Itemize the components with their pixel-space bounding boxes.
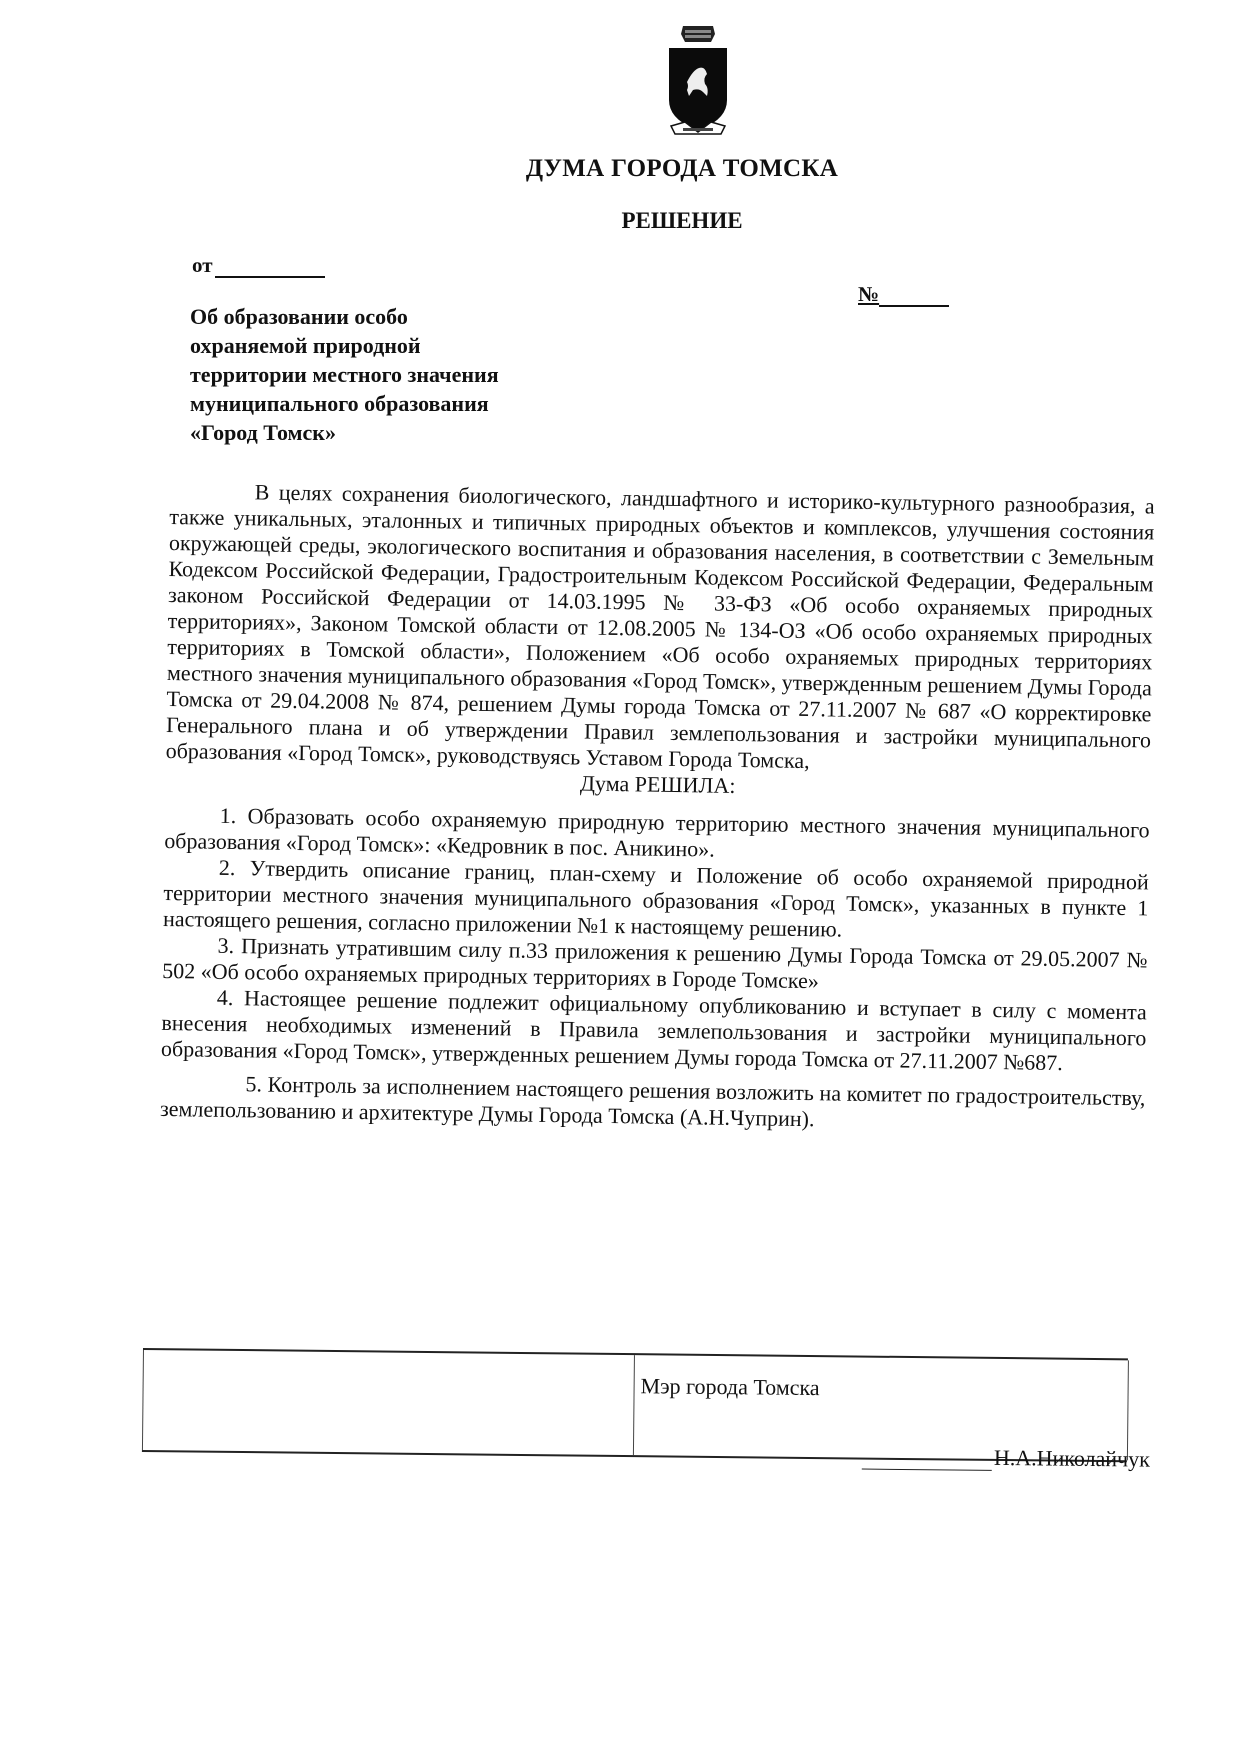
organization-title: ДУМА ГОРОДА ТОМСКА [0,155,1244,183]
subject-line: территории местного значения [190,360,570,389]
signature-cell: Мэр города Томска Н.А.Николайчук [632,1355,1129,1460]
date-field: от [192,253,325,278]
document-subject: Об образовании особо охраняемой природно… [190,302,570,447]
date-blank [215,276,325,278]
signatory-name-line: Н.А.Николайчук [862,1444,1150,1473]
signature-empty-cell [142,1350,635,1455]
decision-item-5: 5. Контроль за исполнением настоящего ре… [160,1070,1146,1137]
number-field: № [858,282,949,307]
tomsk-coat-of-arms-icon [665,22,731,142]
number-blank [879,305,949,307]
subject-line: Об образовании особо [190,302,570,331]
number-label: № [858,282,879,306]
decision-item-4: 4. Настоящее решение подлежит официально… [161,984,1147,1077]
document-type: РЕШЕНИЕ [0,208,1244,234]
date-label: от [192,253,213,277]
document-body: В целях сохранения биологического, ландш… [160,478,1155,1137]
subject-line: муниципального образования [190,389,570,418]
signatory-name: Н.А.Николайчук [994,1445,1150,1472]
signature-table: Мэр города Томска Н.А.Николайчук [142,1348,1128,1462]
signature-blank [862,1469,992,1471]
subject-line: «Город Томск» [190,418,570,447]
preamble: В целях сохранения биологического, ландш… [166,478,1155,779]
signatory-title: Мэр города Томска [640,1373,819,1401]
subject-line: охраняемой природной [190,331,570,360]
